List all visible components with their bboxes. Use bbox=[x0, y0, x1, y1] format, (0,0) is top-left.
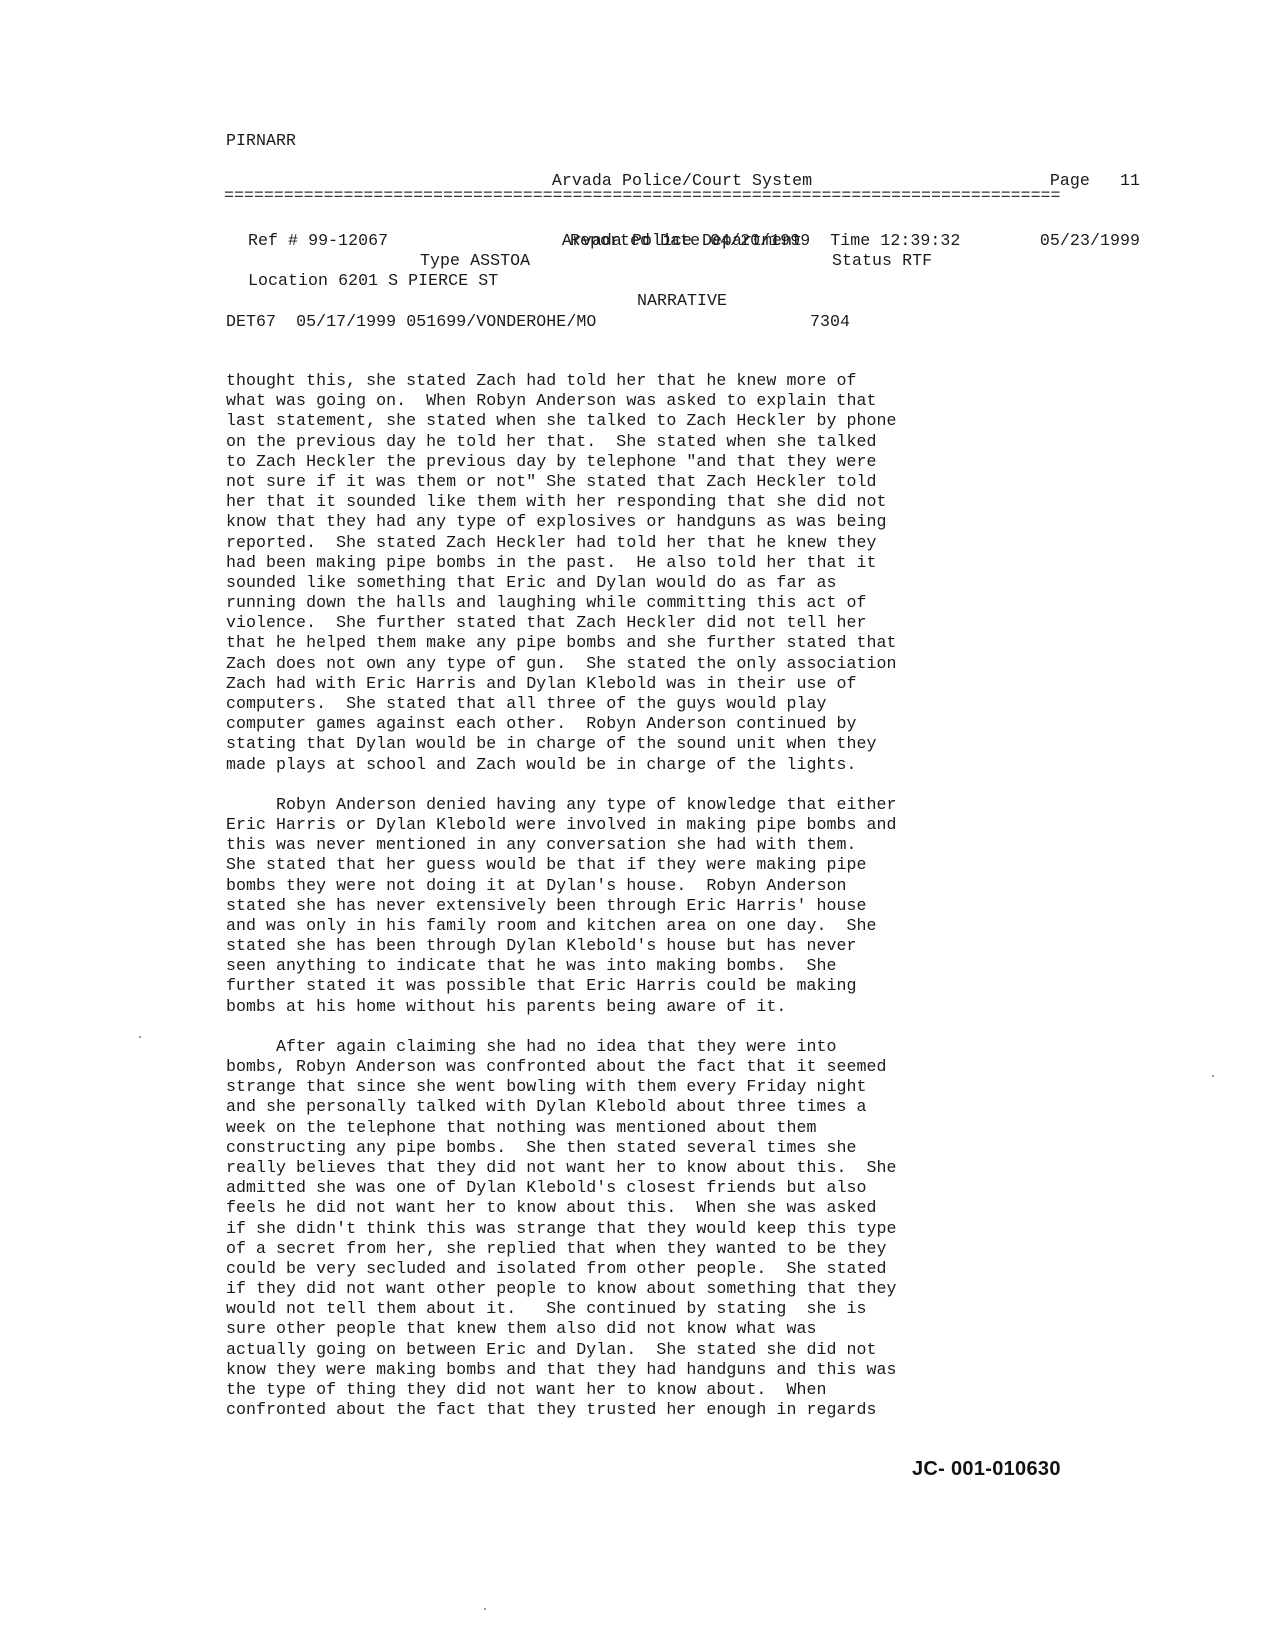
type-field: Type ASSTOA bbox=[420, 251, 530, 271]
narrative-line: of a secret from her, she replied that w… bbox=[226, 1239, 1026, 1259]
narrative-line: bombs, Robyn Anderson was confronted abo… bbox=[226, 1057, 1026, 1077]
narrative-line: computers. She stated that all three of … bbox=[226, 694, 1026, 714]
narrative-line: She stated that her guess would be that … bbox=[226, 855, 1026, 875]
narrative-line: her that it sounded like them with her r… bbox=[226, 492, 1026, 512]
bates-number: JC- 001-010630 bbox=[912, 1458, 1061, 1481]
ref-field: Ref # 99-12067 bbox=[248, 231, 388, 251]
narrative-line: would not tell them about it. She contin… bbox=[226, 1299, 1026, 1319]
status-field: Status RTF bbox=[832, 251, 932, 271]
narrative-line: know they were making bombs and that the… bbox=[226, 1360, 1026, 1380]
narrative-line: stating that Dylan would be in charge of… bbox=[226, 734, 1026, 754]
narrative-line: if she didn't think this was strange tha… bbox=[226, 1219, 1026, 1239]
narrative-line: further stated it was possible that Eric… bbox=[226, 976, 1026, 996]
narrative-line: week on the telephone that nothing was m… bbox=[226, 1118, 1026, 1138]
status-value: RTF bbox=[902, 251, 932, 270]
narrative-line: sounded like something that Eric and Dyl… bbox=[226, 573, 1026, 593]
narrative-line: and she personally talked with Dylan Kle… bbox=[226, 1097, 1026, 1117]
narrative-line: if they did not want other people to kno… bbox=[226, 1279, 1026, 1299]
narrative-line: running down the halls and laughing whil… bbox=[226, 593, 1026, 613]
officer-id: DET67 bbox=[226, 312, 276, 331]
location-field: Location 6201 S PIERCE ST bbox=[248, 271, 498, 291]
narrative-line: stated she has never extensively been th… bbox=[226, 896, 1026, 916]
narrative-line: Zach had with Eric Harris and Dylan Kleb… bbox=[226, 674, 1026, 694]
narrative-line: constructing any pipe bombs. She then st… bbox=[226, 1138, 1026, 1158]
narrative-paragraph: thought this, she stated Zach had told h… bbox=[226, 371, 1026, 775]
ref-label: Ref # bbox=[248, 231, 298, 250]
narrative-line: know that they had any type of explosive… bbox=[226, 512, 1026, 532]
entry-date: 05/17/1999 bbox=[296, 312, 396, 331]
narrative-line: what was going on. When Robyn Anderson w… bbox=[226, 391, 1026, 411]
entry-reference: 051699/VONDEROHE/MO bbox=[406, 312, 596, 331]
narrative-line: this was never mentioned in any conversa… bbox=[226, 835, 1026, 855]
reported-date: 04/20/1999 bbox=[710, 231, 810, 250]
scan-speck bbox=[139, 1036, 141, 1038]
narrative-line: sure other people that knew them also di… bbox=[226, 1319, 1026, 1339]
reported-date-label: Reported Date bbox=[570, 231, 700, 250]
narrative-line: and was only in his family room and kitc… bbox=[226, 916, 1026, 936]
narrative-line: feels he did not want her to know about … bbox=[226, 1198, 1026, 1218]
narrative-line: had been making pipe bombs in the past. … bbox=[226, 553, 1026, 573]
ref-number: 99-12067 bbox=[308, 231, 388, 250]
narrative-line: not sure if it was them or not" She stat… bbox=[226, 472, 1026, 492]
narrative-line: Eric Harris or Dylan Klebold were involv… bbox=[226, 815, 1026, 835]
type-label: Type bbox=[420, 251, 460, 270]
narrative-line: strange that since she went bowling with… bbox=[226, 1077, 1026, 1097]
report-code: PIRNARR bbox=[226, 131, 296, 151]
narrative-paragraph: Robyn Anderson denied having any type of… bbox=[226, 795, 1026, 1017]
narrative-line: Zach does not own any type of gun. She s… bbox=[226, 654, 1026, 674]
narrative-line: to Zach Heckler the previous day by tele… bbox=[226, 452, 1026, 472]
narrative-body: thought this, she stated Zach had told h… bbox=[226, 371, 1026, 1440]
scan-speck bbox=[1212, 1075, 1214, 1077]
location-value: 6201 S PIERCE ST bbox=[338, 271, 498, 290]
time-label: Time bbox=[830, 231, 870, 250]
narrative-line: made plays at school and Zach would be i… bbox=[226, 755, 1026, 775]
entry-number: 7304 bbox=[810, 312, 850, 332]
narrative-line: last statement, she stated when she talk… bbox=[226, 411, 1026, 431]
narrative-line: actually going on between Eric and Dylan… bbox=[226, 1340, 1026, 1360]
location-label: Location bbox=[248, 271, 328, 290]
narrative-line: that he helped them make any pipe bombs … bbox=[226, 633, 1026, 653]
header-separator: ========================================… bbox=[224, 186, 1140, 206]
section-title: NARRATIVE bbox=[502, 291, 862, 311]
narrative-line: the type of thing they did not want her … bbox=[226, 1380, 1026, 1400]
narrative-line: stated she has been through Dylan Klebol… bbox=[226, 936, 1026, 956]
narrative-paragraph: After again claiming she had no idea tha… bbox=[226, 1037, 1026, 1421]
narrative-line: admitted she was one of Dylan Klebold's … bbox=[226, 1178, 1026, 1198]
type-value: ASSTOA bbox=[470, 251, 530, 270]
narrative-line: seen anything to indicate that he was in… bbox=[226, 956, 1026, 976]
narrative-line: After again claiming she had no idea tha… bbox=[226, 1037, 1026, 1057]
narrative-line: bombs they were not doing it at Dylan's … bbox=[226, 876, 1026, 896]
narrative-line: violence. She further stated that Zach H… bbox=[226, 613, 1026, 633]
narrative-line: thought this, she stated Zach had told h… bbox=[226, 371, 1026, 391]
narrative-line: bombs at his home without his parents be… bbox=[226, 997, 1026, 1017]
reported-time: 12:39:32 bbox=[880, 231, 960, 250]
status-label: Status bbox=[832, 251, 892, 270]
narrative-line: confronted about the fact that they trus… bbox=[226, 1400, 1026, 1420]
scan-speck bbox=[484, 1608, 486, 1610]
print-date: 05/23/1999 bbox=[1020, 231, 1140, 251]
narrative-line: reported. She stated Zach Heckler had to… bbox=[226, 533, 1026, 553]
narrative-line: on the previous day he told her that. Sh… bbox=[226, 432, 1026, 452]
narrative-line: really believes that they did not want h… bbox=[226, 1158, 1026, 1178]
narrative-line: Robyn Anderson denied having any type of… bbox=[226, 795, 1026, 815]
narrative-line: computer games against each other. Robyn… bbox=[226, 714, 1026, 734]
reported-field: Reported Date 04/20/1999 Time 12:39:32 bbox=[570, 231, 960, 251]
narrative-line: could be very secluded and isolated from… bbox=[226, 1259, 1026, 1279]
entry-line: DET67 05/17/1999 051699/VONDEROHE/MO bbox=[226, 312, 596, 332]
